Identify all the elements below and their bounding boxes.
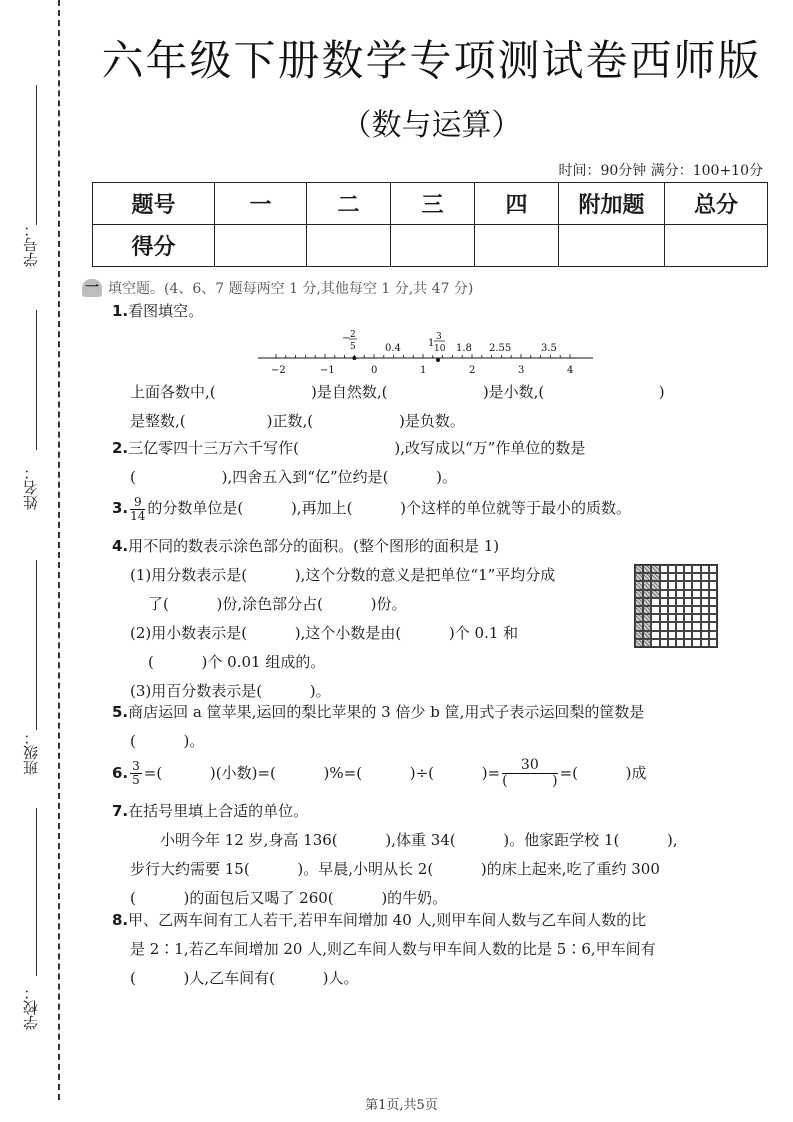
question-number: 4. [112, 537, 128, 555]
grid-cell [701, 614, 709, 622]
grid-cell [660, 622, 668, 630]
exam-meta: 时间：90分钟 满分：100+10分 [558, 160, 763, 180]
grid-cell [709, 639, 717, 647]
number-line-figure: −2−101234 −25 0.4 1310 1.8 2.55 3.5 [258, 325, 593, 380]
grid-cell [651, 639, 659, 647]
grid-cell [709, 573, 717, 581]
name-label: 姓名： [20, 465, 41, 510]
grid-cell [635, 606, 643, 614]
header-cell: 四 [475, 183, 559, 225]
grid-cell [692, 614, 700, 622]
score-table: 题号 一 二 三 四 附加题 总分 得分 [92, 182, 768, 267]
grid-cell [709, 614, 717, 622]
grid-cell [709, 631, 717, 639]
header-cell: 一 [215, 183, 307, 225]
grid-cell [635, 631, 643, 639]
question-text: =( )(小数)=( )%=( )÷( )= [144, 759, 500, 788]
grid-cell [701, 590, 709, 598]
grid-cell [668, 565, 676, 573]
school-line[interactable] [36, 808, 37, 976]
grid-cell [651, 573, 659, 581]
grid-cell [701, 598, 709, 606]
grid-cell [684, 631, 692, 639]
grid-cell [651, 598, 659, 606]
binding-dashed-line [58, 0, 60, 1100]
svg-text:2: 2 [469, 365, 475, 376]
header-cell: 三 [391, 183, 475, 225]
grid-cell [692, 573, 700, 581]
question-6: 6.35=( )(小数)=( )%=( )÷( )=30( )=( )成 [112, 758, 647, 789]
grid-cell [692, 565, 700, 573]
svg-text:2: 2 [350, 330, 356, 340]
grid-cell [643, 581, 651, 589]
grid-cell [643, 639, 651, 647]
grid-cell [709, 565, 717, 573]
grid-cell [676, 639, 684, 647]
score-table-score-row: 得分 [93, 225, 768, 267]
grid-cell [643, 622, 651, 630]
grid-cell [668, 581, 676, 589]
hundred-grid-figure [634, 564, 718, 648]
grid-cell [668, 598, 676, 606]
grid-cell [635, 622, 643, 630]
question-1-body: 上面各数中,( )是自然数,( )是小数,( ) 是整数,( )正数,( )是负… [112, 378, 665, 436]
grid-cell [676, 598, 684, 606]
grid-cell [709, 598, 717, 606]
svg-text:10: 10 [434, 344, 446, 354]
grid-cell [676, 581, 684, 589]
grid-cell [643, 598, 651, 606]
question-7: 7.在括号里填上合适的单位。 小明今年 12 岁,身高 136( ),体重 34… [112, 797, 678, 913]
svg-text:0.4: 0.4 [385, 343, 401, 354]
question-text: 是 2∶1,若乙车间增加 20 人,则乙车间人数与甲车间人数的比是 5∶6,甲车… [112, 935, 656, 964]
question-3: 3.914的分数单位是( ),再加上( )个这样的单位就等于最小的质数。 [112, 494, 631, 523]
grid-cell [643, 573, 651, 581]
grid-cell [684, 622, 692, 630]
grid-cell [660, 581, 668, 589]
grid-cell [651, 590, 659, 598]
grid-cell [676, 622, 684, 630]
fraction-30-blank: 30( ) [502, 758, 557, 789]
svg-text:−1: −1 [320, 365, 335, 376]
grid-cell [709, 622, 717, 630]
question-text: 步行大约需要 15( )。早晨,小明从长 2( )的床上起来,吃了重约 300 [112, 855, 678, 884]
grid-cell [643, 590, 651, 598]
question-text: ( )。 [112, 727, 644, 756]
grid-cell [668, 631, 676, 639]
grid-cell [701, 581, 709, 589]
question-text: 甲、乙两车间有工人若干,若甲车间增加 40 人,则甲车间人数与乙车间人数的比 [128, 911, 646, 929]
grid-cell [635, 598, 643, 606]
grid-cell [676, 614, 684, 622]
grid-cell [684, 606, 692, 614]
grid-cell [660, 590, 668, 598]
question-text: 在括号里填上合适的单位。 [128, 802, 308, 820]
grid-cell [651, 606, 659, 614]
grid-cell [660, 606, 668, 614]
grid-cell [660, 573, 668, 581]
question-number: 6. [112, 759, 128, 788]
question-text: =( )成 [560, 759, 647, 788]
grid-cell [635, 639, 643, 647]
grid-cell [635, 573, 643, 581]
grid-cell [660, 598, 668, 606]
grid-cell [684, 590, 692, 598]
section-header: 一 填空题。(4、6、7 题每两空 1 分,其他每空 1 分,共 47 分) [82, 278, 473, 298]
grid-cell [651, 631, 659, 639]
grid-cell [684, 581, 692, 589]
question-text: 商店运回 a 筐苹果,运回的梨比苹果的 3 倍少 b 筐,用式子表示运回梨的筐数… [128, 703, 644, 721]
svg-text:−2: −2 [271, 365, 286, 376]
class-label: 班级： [20, 730, 41, 775]
question-number: 8. [112, 911, 128, 929]
question-text: ( )人,乙车间有( )人。 [112, 964, 656, 993]
class-line[interactable] [36, 560, 37, 730]
grid-cell [692, 622, 700, 630]
grid-cell [668, 622, 676, 630]
score-cell[interactable] [665, 225, 768, 267]
question-text: 三亿零四十三万六千写作( ),改写成以“万”作单位的数是 [128, 439, 585, 457]
question-4-part: 了( )份,涂色部分占( )份。 [112, 590, 555, 619]
grid-cell [701, 573, 709, 581]
grid-cell [660, 614, 668, 622]
grid-cell [643, 614, 651, 622]
header-cell: 题号 [93, 183, 215, 225]
grid-cell [676, 606, 684, 614]
svg-text:3: 3 [436, 332, 442, 342]
grid-cell [668, 573, 676, 581]
score-cell[interactable] [391, 225, 475, 267]
grid-cell [635, 590, 643, 598]
score-table-header-row: 题号 一 二 三 四 附加题 总分 [93, 183, 768, 225]
grid-cell [701, 606, 709, 614]
grid-cell [668, 606, 676, 614]
grid-cell [692, 598, 700, 606]
grid-cell [651, 622, 659, 630]
question-2: 2.三亿零四十三万六千写作( ),改写成以“万”作单位的数是 ( ),四舍五入到… [112, 434, 585, 492]
grid-cell [684, 639, 692, 647]
grid-cell [660, 631, 668, 639]
page-subtitle: （数与运算） [0, 100, 793, 144]
grid-cell [709, 590, 717, 598]
score-cell[interactable] [475, 225, 559, 267]
grid-cell [643, 565, 651, 573]
score-cell[interactable] [215, 225, 307, 267]
fraction-9-14: 914 [130, 496, 145, 523]
grid-cell [676, 590, 684, 598]
question-number: 5. [112, 703, 128, 721]
question-4-part: (2)用小数表示是( ),这个小数是由( )个 0.1 和 [112, 619, 555, 648]
name-line[interactable] [36, 310, 37, 450]
page-title: 六年级下册数学专项测试卷西师版 [0, 28, 793, 88]
svg-text:1.8: 1.8 [456, 343, 472, 354]
grid-cell [676, 565, 684, 573]
grid-cell [643, 631, 651, 639]
grid-cell [660, 639, 668, 647]
grid-cell [635, 581, 643, 589]
svg-text:4: 4 [567, 365, 573, 376]
grid-cell [692, 631, 700, 639]
question-number: 3. [112, 499, 128, 517]
grid-cell [651, 614, 659, 622]
svg-text:0: 0 [371, 365, 377, 376]
svg-text:2.55: 2.55 [489, 343, 511, 354]
question-text: 小明今年 12 岁,身高 136( ),体重 34( )。他家距学校 1( ), [112, 826, 678, 855]
question-1-title: 1.看图填空。 [112, 297, 203, 326]
grid-cell [668, 639, 676, 647]
question-8: 8.甲、乙两车间有工人若干,若甲车间增加 40 人,则甲车间人数与乙车间人数的比… [112, 906, 656, 993]
grid-cell [660, 565, 668, 573]
grid-cell [684, 598, 692, 606]
section-number-badge: 一 [82, 279, 102, 297]
section-title: 填空题。(4、6、7 题每两空 1 分,其他每空 1 分,共 47 分) [108, 278, 473, 298]
grid-cell [676, 573, 684, 581]
grid-cell [692, 639, 700, 647]
question-4-part: (1)用分数表示是( ),这个分数的意义是把单位“1”平均分成 [112, 561, 555, 590]
question-number: 1. [112, 302, 128, 320]
grid-cell [684, 614, 692, 622]
grid-cell [635, 565, 643, 573]
student-id-label: 学号： [20, 222, 41, 267]
school-label: 学校： [20, 985, 41, 1030]
fraction-3-5: 35 [130, 760, 142, 787]
grid-cell [668, 590, 676, 598]
grid-cell [701, 622, 709, 630]
grid-cell [651, 581, 659, 589]
grid-cell [692, 581, 700, 589]
score-cell[interactable] [307, 225, 391, 267]
grid-cell [676, 631, 684, 639]
question-text: 看图填空。 [128, 302, 203, 320]
question-1-line: 上面各数中,( )是自然数,( )是小数,( ) [130, 378, 665, 407]
question-number: 2. [112, 439, 128, 457]
grid-cell [643, 606, 651, 614]
grid-cell [701, 631, 709, 639]
grid-cell [651, 565, 659, 573]
header-cell: 二 [307, 183, 391, 225]
question-4: 4.用不同的数表示涂色部分的面积。(整个图形的面积是 1) (1)用分数表示是(… [112, 532, 555, 706]
page-footer: 第1页,共5页 [0, 1094, 793, 1113]
header-cell: 总分 [665, 183, 768, 225]
question-5: 5.商店运回 a 筐苹果,运回的梨比苹果的 3 倍少 b 筐,用式子表示运回梨的… [112, 698, 644, 756]
question-text: 用不同的数表示涂色部分的面积。(整个图形的面积是 1) [128, 537, 499, 555]
grid-cell [692, 606, 700, 614]
grid-cell [635, 614, 643, 622]
grid-cell [684, 573, 692, 581]
grid-cell [684, 565, 692, 573]
grid-cell [701, 565, 709, 573]
grid-cell [709, 606, 717, 614]
question-text: 的分数单位是( ),再加上( )个这样的单位就等于最小的质数。 [147, 499, 631, 517]
svg-text:5: 5 [350, 342, 356, 352]
header-cell: 附加题 [559, 183, 665, 225]
score-cell[interactable] [559, 225, 665, 267]
grid-cell [709, 581, 717, 589]
svg-text:3.5: 3.5 [541, 343, 557, 354]
question-1-line: 是整数,( )正数,( )是负数。 [130, 407, 665, 436]
question-text: ( ),四舍五入到“亿”位约是( )。 [112, 463, 585, 492]
score-row-label: 得分 [93, 225, 215, 267]
svg-text:1: 1 [420, 365, 426, 376]
question-number: 7. [112, 802, 128, 820]
grid-cell [701, 639, 709, 647]
grid-cell [668, 614, 676, 622]
grid-cell [692, 590, 700, 598]
question-4-part: ( )个 0.01 组成的。 [112, 648, 555, 677]
svg-text:3: 3 [518, 365, 524, 376]
